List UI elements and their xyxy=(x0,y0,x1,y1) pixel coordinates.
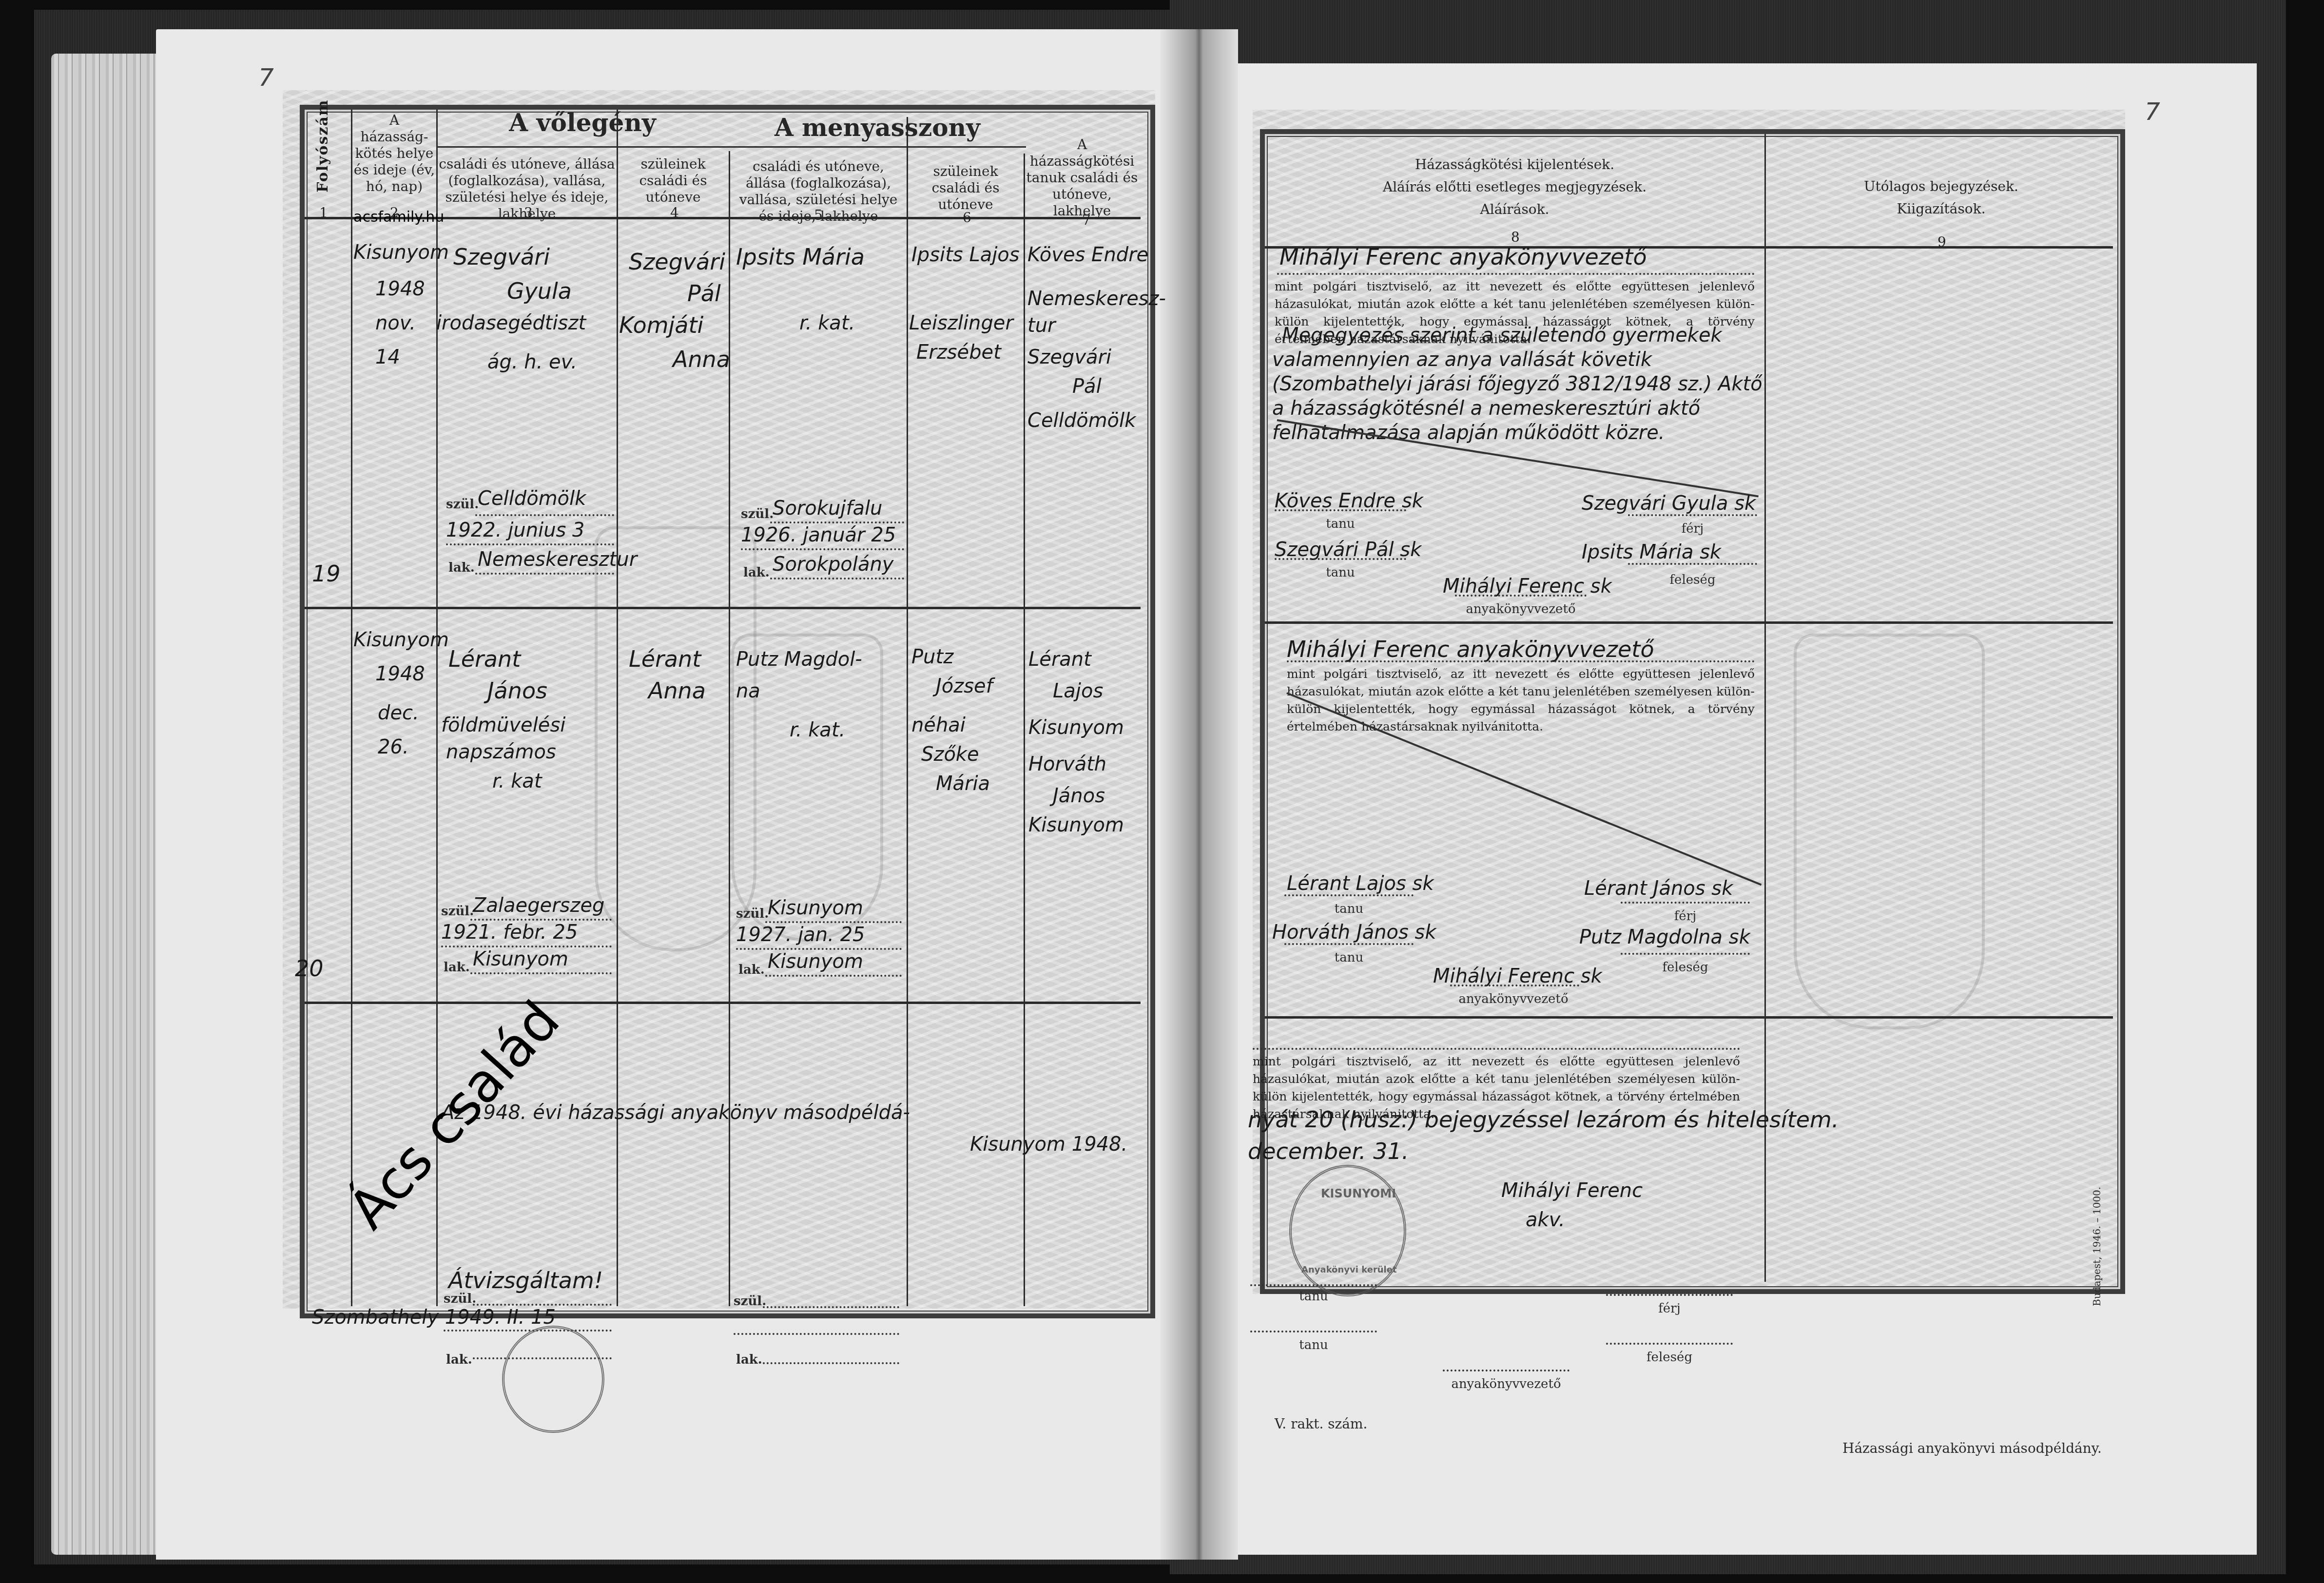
header-col8: Házasságkötési kijelentések. Aláírás elő… xyxy=(1267,154,1762,221)
header-col8-line3: Aláírások. xyxy=(1267,198,1762,221)
printer-imprint: Budapest, 1946. – 1000. xyxy=(2091,1187,2103,1306)
registrar-label: anyakönyvvezető xyxy=(1428,1377,1584,1391)
groom-surname: Lérant xyxy=(448,646,521,672)
born-label: szül. xyxy=(444,1292,476,1306)
dotted-line xyxy=(734,1333,899,1335)
marriage-place: Kisunyom xyxy=(353,241,449,264)
dotted-line xyxy=(1277,273,1755,275)
wife-label: feleség xyxy=(1621,960,1750,975)
groom-birthplace: Zalaegerszeg xyxy=(473,894,604,917)
dotted-line xyxy=(765,921,902,923)
dotted-line xyxy=(765,975,902,977)
header-col2: A házasság-kötés helye és ideje (év, hó,… xyxy=(353,112,435,195)
witness-name: Köves Endre xyxy=(1027,244,1148,266)
witness-name-cont: Pál xyxy=(1072,375,1102,398)
officiant-name: Mihályi Ferenc anyakönyvvezető xyxy=(1279,244,1647,270)
bride-father-status: néhai xyxy=(911,714,966,736)
dotted-line xyxy=(1275,509,1406,511)
dotted-line xyxy=(1450,985,1579,986)
remark-line: Megegyezés szerint a születendő gyermeke… xyxy=(1282,324,1722,347)
col-number: 4 xyxy=(670,205,679,221)
header-col4: szüleinek családi és utóneve xyxy=(619,156,727,206)
wife-signature: Putz Magdolna sk xyxy=(1579,926,1750,948)
col-divider xyxy=(617,110,618,1306)
dotted-line xyxy=(473,1304,612,1306)
bride-birthplace: Sorokujfalu xyxy=(773,497,882,520)
groom-parent-surname: Lérant xyxy=(629,646,701,672)
col-divider xyxy=(907,117,908,1306)
witness-given: János xyxy=(1053,785,1105,807)
remark-line: felhatalmazása alapján működött közre. xyxy=(1272,422,1665,444)
bride-father: Ipsits Lajos xyxy=(911,244,1020,266)
closing-signature-title: akv. xyxy=(1526,1209,1565,1231)
bride-father-given: József xyxy=(936,675,993,697)
dotted-line xyxy=(1628,514,1757,516)
header-col8-line1: Házasságkötési kijelentések. xyxy=(1267,154,1762,176)
wife-label: feleség xyxy=(1606,1350,1733,1365)
dotted-line xyxy=(470,919,612,921)
residence-label: lak. xyxy=(743,565,770,580)
form-title: Házassági anyakönyvi másodpéldány. xyxy=(1842,1440,2102,1456)
witness-surname: Lérant xyxy=(1028,648,1091,671)
witness-residence: Kisunyom xyxy=(1028,814,1124,836)
page-edges xyxy=(51,54,158,1555)
inspection-place-date: Szombathely 1949. II. 15 xyxy=(312,1306,556,1329)
bride-mother-surname: Szőke xyxy=(921,743,979,766)
remark-line: a házasságkötésnél a nemeskeresztúri akt… xyxy=(1272,397,1700,420)
dotted-line xyxy=(1455,595,1587,597)
book-gutter xyxy=(1160,29,1238,1560)
marriage-day: 14 xyxy=(375,346,400,368)
witness-residence: Nemeskeresz- xyxy=(1027,288,1166,310)
header-col8-line2: Aláírás előtti esetleges megjegyzések. xyxy=(1267,176,1762,198)
entry-number: 19 xyxy=(312,560,341,587)
witness-name: Szegvári xyxy=(1027,346,1111,368)
groom-mother-given: Anna xyxy=(673,346,730,372)
col-divider xyxy=(351,110,352,1306)
stamp-text-bottom: Anyakönyvi kerület xyxy=(1301,1265,1397,1275)
witness-label: tanu xyxy=(1284,950,1414,965)
dotted-line xyxy=(770,578,904,579)
husband-signature: Lérant János sk xyxy=(1584,877,1733,900)
official-stamp-left xyxy=(502,1326,604,1433)
bride-religion: r. kat. xyxy=(799,312,855,334)
bride-birthplace: Kisunyom xyxy=(768,897,863,919)
born-label: szül. xyxy=(734,1294,766,1309)
col-number: 6 xyxy=(963,210,971,226)
page-number-right: 7 xyxy=(2145,97,2160,126)
header-col9-line2: Kiigazítások. xyxy=(1767,198,2115,220)
closing-note-date: december. 31. xyxy=(1248,1138,1409,1164)
bride-name: Ipsits Mária xyxy=(736,244,865,270)
marriage-month: dec. xyxy=(378,702,419,724)
inspection-note: Átvizsgáltam! xyxy=(448,1267,603,1293)
header-col9: Utólagos bejegyzések. Kiigazítások. xyxy=(1767,175,2115,220)
marriage-year: 1948 xyxy=(375,663,425,685)
marriage-place: Kisunyom xyxy=(353,629,449,651)
remark-line: valamennyien az anya vallását követik xyxy=(1272,348,1652,371)
husband-label: férj xyxy=(1621,909,1750,924)
groom-occupation-cont: napszámos xyxy=(446,741,556,763)
groom-residence: Kisunyom xyxy=(473,948,568,970)
col-number: 8 xyxy=(1511,229,1520,245)
wife-label: feleség xyxy=(1628,573,1757,587)
dotted-line xyxy=(1284,943,1414,945)
bride-header: A menyasszony xyxy=(731,119,1024,136)
row-divider xyxy=(305,607,1141,609)
groom-given-name: Gyula xyxy=(507,278,572,304)
header-col6: szüleinek családi és utóneve xyxy=(909,163,1022,213)
storage-number: V. rakt. szám. xyxy=(1275,1416,1368,1432)
registrar-label: anyakönyvvezető xyxy=(1443,602,1599,617)
dotted-line xyxy=(1250,1331,1377,1332)
bride-father-surname: Putz xyxy=(911,646,953,668)
witness-given: Lajos xyxy=(1053,680,1103,702)
header-col1: Folyószám xyxy=(314,99,331,193)
declaration-text: mint polgári tisztviselő, az itt nevezet… xyxy=(1287,665,1755,735)
dotted-line xyxy=(741,548,904,550)
marriage-year: 1948 xyxy=(375,278,425,300)
col-number: 9 xyxy=(1937,234,1946,250)
closing-note-place-date: Kisunyom 1948. xyxy=(970,1133,1127,1156)
stamp-text-top: KISUNYOMI xyxy=(1321,1187,1396,1200)
groom-given-name: János xyxy=(487,677,547,704)
witness-residence: Celldömölk xyxy=(1027,409,1136,432)
dotted-line xyxy=(763,1306,899,1308)
residence-label: lak. xyxy=(738,963,765,977)
dotted-line xyxy=(1275,558,1406,560)
witness-label: tanu xyxy=(1275,565,1406,580)
bride-name-cont: na xyxy=(736,680,760,702)
residence-label: lak. xyxy=(736,1352,762,1367)
row-divider xyxy=(305,1002,1141,1004)
dotted-line xyxy=(736,948,902,950)
witness-label: tanu xyxy=(1250,1338,1377,1352)
official-stamp: KISUNYOMI Anyakönyvi kerület xyxy=(1289,1165,1406,1296)
marriage-month: nov. xyxy=(375,312,416,334)
coat-of-arms-watermark xyxy=(1794,634,1985,1029)
born-label: szül. xyxy=(741,507,774,521)
page-number-left: 7 xyxy=(258,63,274,92)
dotted-line xyxy=(444,1330,612,1332)
dotted-line xyxy=(470,972,612,974)
groom-occupation: földmüvelési xyxy=(441,714,565,736)
header-divider xyxy=(436,146,1026,148)
officiant-name: Mihályi Ferenc anyakönyvvezető xyxy=(1287,636,1654,662)
born-label: szül. xyxy=(446,497,479,512)
groom-residence: Nemeskeresztur xyxy=(478,548,637,571)
bride-residence: Kisunyom xyxy=(768,950,863,973)
witness-residence: Kisunyom xyxy=(1028,716,1124,739)
dotted-line xyxy=(475,573,614,575)
bride-birthdate: 1926. január 25 xyxy=(741,524,896,546)
groom-religion: r. kat xyxy=(492,770,542,792)
dotted-line xyxy=(441,946,612,947)
bride-mother-given: Erzsébet xyxy=(916,341,1001,364)
born-label: szül. xyxy=(736,907,769,921)
bride-mother-given: Mária xyxy=(936,772,990,795)
col-divider xyxy=(729,151,730,1306)
residence-label: lak. xyxy=(444,960,470,975)
registrar-label: anyakönyvvezető xyxy=(1435,992,1591,1006)
dotted-line xyxy=(1284,894,1414,896)
col-number: 7 xyxy=(1082,212,1091,228)
husband-label: férj xyxy=(1628,521,1757,536)
groom-birthdate: 1921. febr. 25 xyxy=(441,921,578,944)
entry-number: 20 xyxy=(295,955,324,982)
dotted-line xyxy=(1628,563,1757,565)
groom-birthdate: 1922. junius 3 xyxy=(446,519,585,541)
groom-mother-surname: Komjáti xyxy=(619,312,703,338)
groom-birthplace: Celldömölk xyxy=(478,487,586,510)
bride-residence: Sorokpolány xyxy=(773,553,893,576)
header-col9-line1: Utólagos bejegyzések. xyxy=(1767,175,2115,198)
bride-birthdate: 1927. jan. 25 xyxy=(736,924,865,946)
row-divider xyxy=(1265,1016,2113,1019)
dotted-line xyxy=(446,543,614,545)
dotted-line xyxy=(1621,902,1750,904)
marriage-day: 26. xyxy=(378,736,409,758)
dotted-line xyxy=(1250,1284,1377,1286)
dotted-line xyxy=(1606,1343,1733,1345)
dotted-line xyxy=(770,521,904,523)
witness-label: tanu xyxy=(1250,1289,1377,1304)
wife-signature: Ipsits Mária sk xyxy=(1582,541,1721,563)
watermark-site: acsfamily.hu xyxy=(353,209,444,226)
bride-mother-surname: Leiszlinger xyxy=(909,312,1013,334)
groom-parent-given: Anna xyxy=(648,677,706,704)
residence-label: lak. xyxy=(448,560,475,575)
residence-label: lak. xyxy=(446,1352,472,1367)
husband-label: férj xyxy=(1606,1301,1733,1316)
witness-residence-cont: tur xyxy=(1027,314,1055,337)
bride-name: Putz Magdol- xyxy=(736,648,862,671)
born-label: szül. xyxy=(441,904,474,919)
groom-occupation: irodasegédtiszt xyxy=(436,312,586,334)
groom-father-given: Pál xyxy=(687,280,721,307)
dotted-line xyxy=(1621,953,1750,955)
col-number: 1 xyxy=(319,205,328,221)
closing-note: nyát 20 (husz:) bejegyzéssel lezárom és … xyxy=(1248,1106,1839,1133)
dotted-line xyxy=(763,1362,899,1364)
witness-label: tanu xyxy=(1275,517,1406,531)
row-divider xyxy=(1265,621,2113,624)
witness-label: tanu xyxy=(1284,902,1414,916)
col-number: 3 xyxy=(524,205,533,221)
closing-note: Az 1948. évi házassági anyakönyv másodpé… xyxy=(441,1101,910,1124)
groom-religion: ág. h. ev. xyxy=(487,351,577,373)
witness-signature: Lérant Lajos sk xyxy=(1287,872,1434,895)
husband-signature: Szegvári Gyula sk xyxy=(1582,492,1756,515)
dotted-line xyxy=(1443,1370,1569,1371)
remark-line: (Szombathelyi járási főjegyző 3812/1948 … xyxy=(1272,373,1762,395)
groom-surname: Szegvári xyxy=(453,244,550,270)
bride-religion: r. kat. xyxy=(790,719,845,741)
dotted-line xyxy=(475,514,614,516)
closing-signature: Mihályi Ferenc xyxy=(1501,1179,1643,1202)
dotted-line xyxy=(1606,1294,1733,1296)
witness-surname: Horváth xyxy=(1028,753,1106,775)
groom-header: A vőlegény xyxy=(436,115,729,131)
dotted-line xyxy=(1287,660,1755,662)
witness-signature: Horváth János sk xyxy=(1272,921,1436,944)
col-number: 5 xyxy=(814,207,823,223)
groom-father-surname: Szegvári xyxy=(629,249,725,275)
dotted-line xyxy=(1253,1048,1740,1050)
header-col7: A házasságkötési tanuk családi és utónev… xyxy=(1026,136,1138,219)
